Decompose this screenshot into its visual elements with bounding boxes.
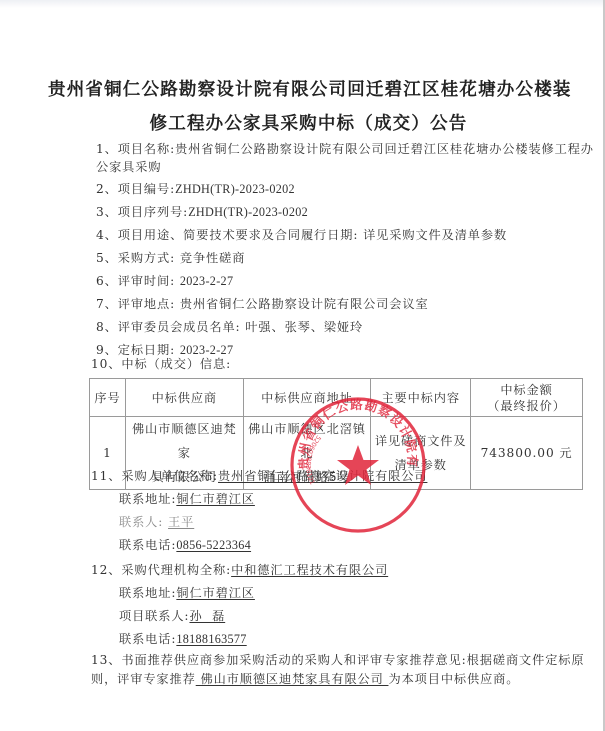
purchaser-name-value: 贵州省铜仁公路勘察设计院有限公司 — [218, 469, 427, 483]
purchaser-phone-value: 0856-5223364 — [176, 538, 251, 552]
item-procurement-method: 5、采购方式: 竞争性磋商 — [96, 249, 245, 266]
project-number-value: ZHDH(TR)-2023-0202 — [175, 182, 295, 196]
item-review-committee: 8、评审委员会成员名单: 叶强、张琴、梁娅玲 — [96, 318, 363, 335]
agency-name-label: 12、采购代理机构全称: — [91, 563, 231, 577]
agency-name-row: 12、采购代理机构全称:中和德汇工程技术有限公司 — [91, 561, 388, 578]
agency-phone-value: 18188163577 — [176, 632, 246, 646]
purchaser-address-row: 联系地址:铜仁市碧江区 — [119, 490, 255, 507]
agency-address-row: 联系地址:铜仁市碧江区 — [119, 584, 255, 601]
recommended-company: 佛山市顺德区迪梵家具有限公司 — [196, 672, 389, 686]
agency-contact-label: 项目联系人: — [119, 609, 189, 623]
agency-address-label: 联系地址: — [119, 586, 176, 600]
content-line1: 详见磋商文件及 — [371, 429, 470, 453]
purchaser-contact-row: 联系人: 王平 — [119, 513, 194, 530]
header-amount-line1: 中标金额 — [471, 382, 582, 398]
agency-address-value: 铜仁市碧江区 — [176, 586, 255, 600]
supplier-line1: 佛山市顺德区迪梵家 — [126, 417, 243, 465]
project-serial-label: 3、项目序列号: — [96, 205, 188, 219]
project-number-label: 2、项目编号: — [96, 182, 175, 196]
item-project-name-line1: 1、项目名称:贵州省铜仁公路勘察设计院有限公司回迁碧江区桂花塘办公楼装修工程办 — [96, 140, 594, 157]
item-project-usage: 4、项目用途、简要技术要求及合同履行日期: 详见采购文件及清单参数 — [96, 226, 507, 243]
header-supplier: 中标供应商 — [125, 379, 243, 417]
agency-contact-value: 孙 磊 — [189, 609, 225, 623]
purchaser-contact-value: 王平 — [168, 515, 194, 529]
document-title-line1: 贵州省铜仁公路勘察设计院有限公司回迁碧江区桂花塘办公楼装 — [48, 76, 576, 101]
address-line1: 佛山市顺德区北滘镇北 — [244, 417, 371, 465]
item-project-number: 2、项目编号:ZHDH(TR)-2023-0202 — [96, 180, 295, 197]
item-review-location: 7、评审地点: 贵州省铜仁公路勘察设计院有限公司会议室 — [96, 295, 429, 312]
header-amount-line2: （最终报价） — [471, 398, 582, 414]
agency-phone-row: 联系电话:18188163577 — [119, 630, 247, 647]
header-supplier-address: 中标供应商地址 — [243, 379, 371, 417]
purchaser-contact-label: 联系人: — [119, 515, 168, 529]
agency-name-value: 中和德汇工程技术有限公司 — [231, 563, 388, 577]
review-time-value: 2023-2-27 — [180, 274, 233, 288]
purchaser-address-value: 铜仁市碧江区 — [176, 492, 255, 506]
header-main-content: 主要中标内容 — [371, 379, 471, 417]
recommendation-prefix: 则，评审专家推荐 — [91, 672, 196, 686]
purchaser-address-label: 联系地址: — [119, 492, 176, 506]
purchaser-name-row: 11、采购人单位名称:贵州省铜仁公路勘察设计院有限公司 — [91, 467, 427, 484]
agency-phone-label: 联系电话: — [119, 632, 176, 646]
document-title-line2: 修工程办公家具采购中标（成交）公告 — [0, 110, 605, 135]
item-review-time: 6、评审时间: 2023-2-27 — [96, 272, 233, 289]
header-index: 序号 — [90, 379, 126, 417]
item-bid-info: 10、中标（成交）信息: — [91, 355, 231, 372]
header-amount: 中标金额 （最终报价） — [471, 379, 583, 417]
recommendation-suffix: 为本项目中标供应商。 — [388, 672, 519, 686]
recommendation-line2: 则，评审专家推荐 佛山市顺德区迪梵家具有限公司 为本项目中标供应商。 — [91, 670, 519, 687]
scan-top-shade — [0, 0, 603, 8]
cell-amount: 743800.00 元 — [471, 417, 583, 490]
purchaser-name-label: 11、采购人单位名称: — [91, 469, 218, 483]
purchaser-phone-label: 联系电话: — [119, 538, 176, 552]
item-project-name-line2: 公家具采购 — [96, 158, 161, 175]
agency-contact-row: 项目联系人:孙 磊 — [119, 607, 225, 624]
table-header-row: 序号 中标供应商 中标供应商地址 主要中标内容 中标金额 （最终报价） — [90, 379, 583, 417]
review-time-label: 6、评审时间: — [96, 274, 180, 288]
item-project-serial: 3、项目序列号:ZHDH(TR)-2023-0202 — [96, 203, 308, 220]
purchaser-phone-row: 联系电话:0856-5223364 — [119, 536, 251, 553]
recommendation-line1: 13、书面推荐供应商参加采购活动的采购人和评审专家推荐意见:根据磋商文件定标原 — [91, 651, 584, 668]
project-serial-value: ZHDH(TR)-2023-0202 — [188, 205, 308, 219]
